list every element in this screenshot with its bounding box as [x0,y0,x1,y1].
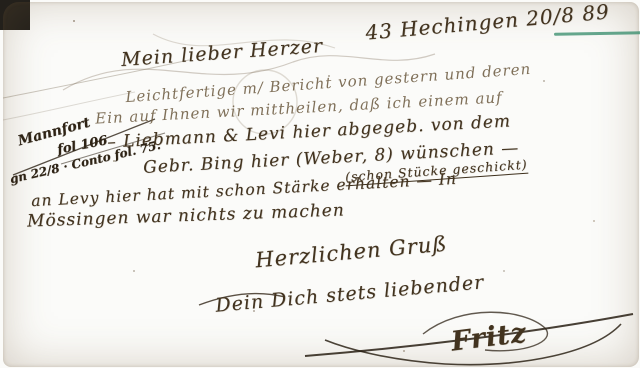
salutation: Mein lieber Herzer [120,35,323,71]
paper-specks [73,20,75,22]
green-crayon-mark [554,31,640,36]
letter-paper: 43 Hechingen 20/8 89 Mein lieber Herzer … [3,2,639,367]
scanned-letter: 43 Hechingen 20/8 89 Mein lieber Herzer … [0,0,640,368]
closing: Herzlichen Gruß [254,232,448,273]
signature: Fritz [449,317,528,357]
dateline: 43 Hechingen 20/8 89 [364,0,610,45]
valediction: Dein Dich stets liebender [215,271,486,316]
